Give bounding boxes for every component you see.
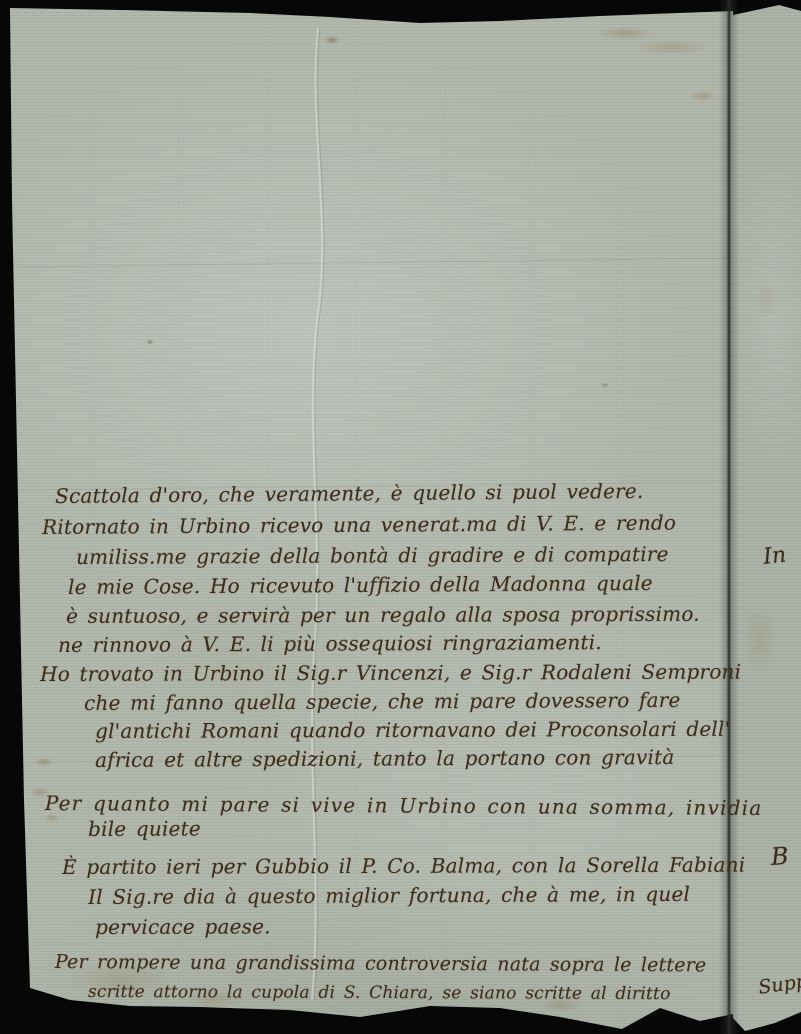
adjacent-page-fragment: In	[762, 543, 787, 570]
manuscript-line: le mie Cose. Ho ricevuto l'uffizio della…	[68, 571, 653, 599]
manuscript-line: che mi fanno quella specie, che mi pare …	[84, 688, 681, 715]
manuscript-line: bile quiete	[88, 816, 201, 841]
manuscript-line: gl'antichi Romani quando ritornavano dei…	[95, 717, 730, 743]
manuscript-line: Il Sig.re dia à questo miglior fortuna, …	[88, 882, 690, 909]
manuscript-line: ne rinnovo à V. E. li più ossequiosi rin…	[58, 630, 602, 657]
manuscript-line: pervicace paese.	[95, 914, 271, 939]
manuscript-line: Scattola d'oro, che veramente, è quello …	[55, 479, 644, 508]
manuscript-line: scritte attorno la cupola di S. Chiara, …	[88, 982, 671, 1004]
manuscript-line: È partito ieri per Gubbio il P. Co. Balm…	[62, 853, 745, 879]
adjacent-page-edge	[733, 0, 801, 1034]
manuscript-line: Ritornato in Urbino ricevo una venerat.m…	[42, 511, 676, 539]
adjacent-page-fragment: B	[770, 842, 790, 871]
manuscript-line: Per quanto mi pare si vive in Urbino con…	[45, 791, 763, 820]
scan-stage: Scattola d'oro, che veramente, è quello …	[0, 0, 801, 1034]
manuscript-line: Per rompere una grandissima controversia…	[55, 951, 707, 976]
manuscript-line: è suntuoso, e servirà per un regalo alla…	[66, 602, 700, 628]
manuscript-line: umiliss.me grazie della bontà di gradire…	[76, 542, 669, 569]
manuscript-line: Ho trovato in Urbino il Sig.r Vincenzi, …	[40, 660, 741, 686]
manuscript-line: africa et altre spedizioni, tanto la por…	[95, 745, 675, 772]
